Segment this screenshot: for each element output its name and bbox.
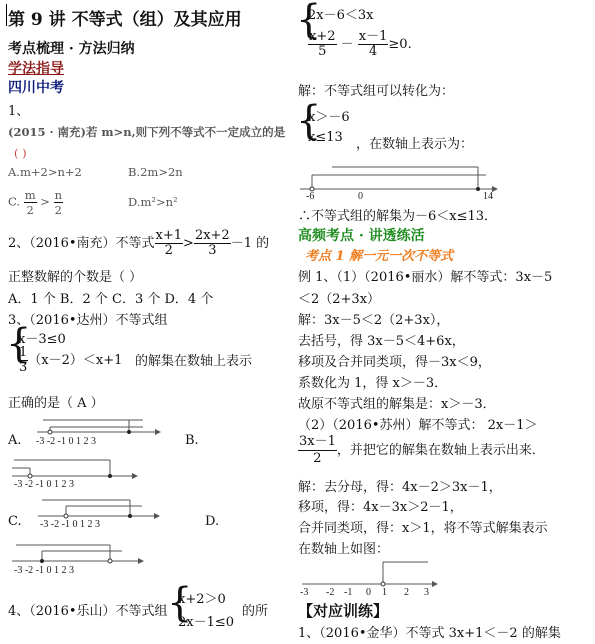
question-2-choices: A．1 个 B．2 个 C．3 个 D．4 个	[8, 288, 213, 307]
number-line-a: -3 -2 -1 0 1 2 3	[35, 418, 165, 448]
number-line-x-gt-1: -3-2-1 0123	[300, 560, 450, 600]
q1-option-c: C. m2 > n2	[8, 188, 63, 217]
fraction: m2	[24, 188, 37, 217]
system3-eq2: x≤13	[308, 130, 343, 145]
question-2-line2: 正整数解的个数是（ ）	[8, 266, 142, 285]
q1-option-d: D.m²>n²	[128, 195, 178, 209]
fraction: n2	[54, 188, 63, 217]
fraction: x+12	[155, 229, 184, 258]
practice-heading: 【对应训练】	[298, 600, 388, 621]
question-4: 4、（2016•乐山）不等式组	[8, 600, 168, 619]
sichuan-exam-heading: 四川中考	[8, 77, 64, 97]
example-2-step: 移项，得：4x－3x＞2－1，	[298, 496, 463, 515]
conclusion: ∴不等式组的解集为－6＜x≤13．	[298, 205, 497, 224]
example-2-line1: （2）（2016•苏州）解不等式： 2x－1＞	[298, 414, 538, 433]
example-1-step: 去括号，得 3x－5＜4+6x，	[298, 330, 465, 349]
practice-question-1: 1、（2016•金华）不等式 3x+1＜－2 的解集	[298, 622, 561, 641]
example-1-line1: 例 1、（1）（2016•丽水）解不等式：3x－5	[298, 266, 552, 285]
svg-text:3: 3	[424, 587, 429, 598]
number-line-d: -3 -2 -1 0 1 2 3	[12, 543, 142, 573]
lesson-title: 第 9 讲 不等式（组）及其应用	[8, 5, 242, 30]
system-eq2: x+25 － x－14≥0.	[308, 30, 412, 59]
svg-text:-2: -2	[326, 587, 334, 598]
option-c-label: C.	[8, 514, 22, 529]
q1-option-a: A.m+2>n+2	[8, 165, 82, 179]
example-1-step: 解：3x－5＜2（2+3x），	[298, 309, 449, 328]
example-1-step: 故原不等式组的解集是：x＞－3．	[298, 393, 496, 412]
q1-paren: ( )	[14, 146, 27, 160]
high-freq-heading: 高频考点 · 讲透练活	[298, 225, 425, 245]
q4-eq1: x+2＞0	[178, 588, 226, 607]
svg-text:-3: -3	[300, 587, 308, 598]
fraction: 2x+23	[194, 229, 231, 258]
q4-suffix: 的所	[242, 600, 268, 619]
number-line-solution: -6 0 14	[300, 165, 500, 200]
question-3: 3、（2016•达州）不等式组	[8, 309, 168, 328]
q3-suffix: 的解集在数轴上表示	[135, 350, 252, 369]
q1-option-b: B.2m>2n	[128, 165, 183, 179]
svg-text:1: 1	[382, 587, 387, 598]
svg-text:-1: -1	[344, 587, 352, 598]
topic-1-heading: 考点 1 解一元一次不等式	[305, 245, 453, 264]
system3-eq1: x＞－6	[308, 106, 350, 125]
question-1-stem: (2015 · 南充)若 m>n,则下列不等式不一定成立的是	[8, 124, 285, 140]
svg-text:0: 0	[366, 587, 371, 598]
q1-stem-text: (2015 · 南充)若 m>n,则下列不等式不一定成立的是	[8, 125, 285, 139]
option-a-label: A.	[8, 433, 22, 448]
system3-tail: ，在数轴上表示为：	[356, 133, 473, 152]
method-guide-link[interactable]: 学法指导	[8, 58, 64, 78]
question-1-number: 1、	[8, 100, 29, 119]
example-2-frac: 3x－12，并把它的解集在数轴上表示出来．	[298, 434, 545, 467]
example-1-step: 移项及合并同类项，得－3x＜9，	[298, 351, 491, 370]
option-d-label: D.	[205, 514, 219, 529]
option-b-label: B.	[185, 433, 199, 448]
example-1-step: 系数化为 1，得 x＞－3．	[298, 372, 447, 391]
example-1-line2: ＜2（2+3x）	[298, 288, 380, 307]
q3-eq2: 13（x－2）＜x+1	[18, 346, 122, 375]
example-2-step: 合并同类项，得：x＞1，将不等式解集表示	[298, 517, 548, 536]
svg-text:-3 -2 -1 0 1 2 3: -3 -2 -1 0 1 2 3	[36, 436, 96, 447]
example-2-step: 在数轴上如图：	[298, 538, 389, 557]
number-line-c: -3 -2 -1 0 1 2 3	[38, 498, 168, 528]
svg-text:14: 14	[483, 191, 493, 202]
svg-text:0: 0	[358, 191, 363, 202]
svg-text:2: 2	[404, 587, 409, 598]
solution-intro: 解：不等式组可以转化为：	[298, 80, 454, 99]
q1-option-c-label: C.	[8, 195, 20, 209]
svg-text:-3 -2 -1 0 1 2 3: -3 -2 -1 0 1 2 3	[40, 519, 100, 530]
svg-text:-6: -6	[306, 191, 314, 202]
q4-eq2: 2x－1≤0	[178, 611, 234, 630]
svg-text:-3 -2 -1 0 1 2 3: -3 -2 -1 0 1 2 3	[14, 565, 74, 576]
question-2: 2、（2016•南充）不等式x+12>2x+23－1 的	[8, 229, 269, 258]
example-2-step: 解：去分母，得：4x－2＞3x－1，	[298, 476, 502, 495]
number-line-b: -3 -2 -1 0 1 2 3	[12, 458, 142, 488]
q3-answer: 正确的是（ A ）	[8, 392, 104, 411]
svg-text:-3 -2 -1 0 1 2 3: -3 -2 -1 0 1 2 3	[14, 479, 74, 490]
answer-paren: ( )	[14, 146, 27, 160]
section-heading: 考点梳理 · 方法归纳	[8, 38, 135, 58]
system-eq1: 2x－6＜3x	[308, 4, 373, 23]
text-cursor	[6, 4, 7, 26]
